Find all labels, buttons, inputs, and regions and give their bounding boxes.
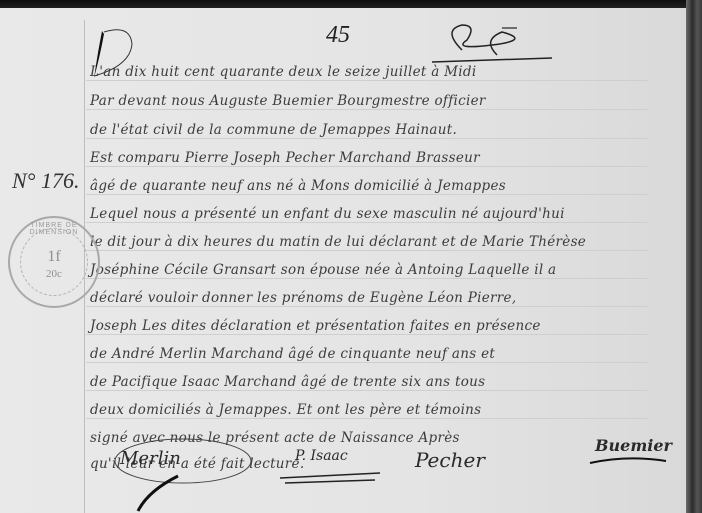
act-number: N° 176.: [12, 168, 79, 194]
record-line-3: de l'état civil de la commune de Jemappe…: [90, 122, 457, 138]
stamp-ring-text: TIMBRE DE DIMENSION: [10, 222, 98, 236]
stamp-sub-value: 20c: [10, 268, 98, 280]
ruled-line: [86, 194, 648, 195]
ruled-line: [86, 278, 648, 279]
record-line-9: déclaré vouloir donner les prénoms de Eu…: [90, 290, 516, 306]
record-line-11: de André Merlin Marchand âgé de cinquant…: [90, 346, 495, 362]
paraph-flourish-icon: [422, 20, 562, 70]
record-line-2: Par devant nous Auguste Buemier Bourgmes…: [90, 93, 486, 109]
ruled-line: [86, 80, 648, 81]
record-line-6: Lequel nous a présenté un enfant du sexe…: [90, 206, 565, 222]
signature-merlin-flourish-icon: [108, 436, 258, 513]
record-line-10: Joseph Les dites déclaration et présenta…: [90, 318, 541, 334]
signature-isaac-flourish-icon: [275, 448, 385, 498]
record-line-1: L'an dix huit cent quarante deux le seiz…: [90, 64, 476, 80]
signature-buemier-underline-icon: [588, 453, 668, 473]
tax-stamp: TIMBRE DE DIMENSION 1f 20c: [8, 216, 100, 308]
record-line-13: deux domiciliés à Jemappes. Et ont les p…: [90, 402, 481, 418]
ruled-line: [86, 109, 648, 110]
ruled-line: [86, 418, 648, 419]
record-line-8: Joséphine Cécile Gransart son épouse née…: [90, 262, 556, 278]
ruled-line: [86, 138, 648, 139]
ruled-line: [86, 390, 648, 391]
record-line-5: âgé de quarante neuf ans né à Mons domic…: [90, 178, 506, 194]
ruled-line: [86, 250, 648, 251]
signature-pecher: Pecher: [415, 448, 485, 472]
stamp-value: 1f: [10, 248, 98, 266]
scan-right-edge: [686, 0, 702, 513]
ruled-line: [86, 222, 648, 223]
ruled-line: [86, 306, 648, 307]
record-line-7: le dit jour à dix heures du matin de lui…: [90, 234, 586, 250]
ruled-line: [86, 362, 648, 363]
record-line-4: Est comparu Pierre Joseph Pecher Marchan…: [90, 150, 480, 166]
folio-number: 45: [326, 22, 350, 49]
record-line-12: de Pacifique Isaac Marchand âgé de trent…: [90, 374, 485, 390]
document-page: 45 L'an dix huit cent quarante deux le s…: [0, 8, 688, 513]
ruled-line: [86, 166, 648, 167]
ruled-line: [86, 334, 648, 335]
